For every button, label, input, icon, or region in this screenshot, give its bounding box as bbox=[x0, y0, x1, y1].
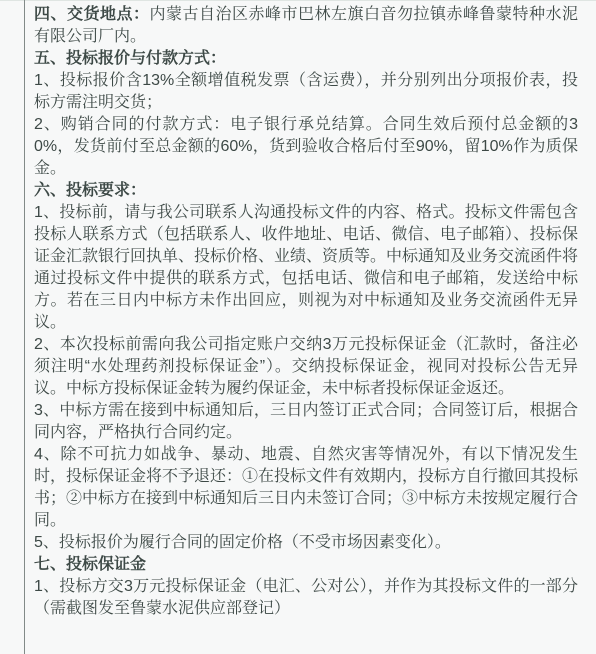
document-content: 四、交货地点：内蒙古自治区赤峰市巴林左旗白音勿拉镇赤峰鲁蒙特种水泥有限公司厂内。… bbox=[34, 4, 578, 620]
paragraph-text: 1、投标报价含13%全额增值税发票（含运费），并分别列出分项报价表，投标方需注明… bbox=[34, 72, 578, 111]
paragraph: 3、中标方需在接到中标通知后，三日内签订正式合同；合同签订后，根据合同内容，严格… bbox=[34, 400, 578, 444]
section-paragraph: 四、交货地点：内蒙古自治区赤峰市巴林左旗白音勿拉镇赤峰鲁蒙特种水泥有限公司厂内。 bbox=[34, 4, 578, 48]
section-heading: 七、投标保证金 bbox=[34, 556, 146, 573]
section-paragraph: 七、投标保证金 bbox=[34, 554, 578, 576]
paragraph-text: 2、本次投标前需向我公司指定账户交纳3万元投标保证金（汇款时，备注必须注明“水处… bbox=[34, 336, 578, 397]
paragraph-text: 2、购销合同的付款方式：电子银行承兑结算。合同生效后预付总金额的30%，发货前付… bbox=[34, 116, 578, 177]
section-heading: 五、投标报价与付款方式： bbox=[34, 50, 226, 67]
section-heading: 六、投标要求： bbox=[34, 182, 146, 199]
paragraph-text: 1、投标前，请与我公司联系人沟通投标文件的内容、格式。投标文件需包含投标人联系方… bbox=[34, 204, 578, 331]
top-divider-line bbox=[0, 0, 596, 1]
paragraph: 4、除不可抗力如战争、暴动、地震、自然灾害等情况外，有以下情况发生时，投标保证金… bbox=[34, 444, 578, 532]
section-paragraph: 五、投标报价与付款方式： bbox=[34, 48, 578, 70]
paragraph: 2、购销合同的付款方式：电子银行承兑结算。合同生效后预付总金额的30%，发货前付… bbox=[34, 114, 578, 180]
paragraph: 1、投标报价含13%全额增值税发票（含运费），并分别列出分项报价表，投标方需注明… bbox=[34, 70, 578, 114]
left-border-line bbox=[24, 0, 25, 654]
document-page: 四、交货地点：内蒙古自治区赤峰市巴林左旗白音勿拉镇赤峰鲁蒙特种水泥有限公司厂内。… bbox=[0, 0, 596, 654]
section-heading: 四、交货地点： bbox=[34, 6, 150, 23]
paragraph: 5、投标报价为履行合同的固定价格（不受市场因素变化）。 bbox=[34, 532, 578, 554]
paragraph-text: 4、除不可抗力如战争、暴动、地震、自然灾害等情况外，有以下情况发生时，投标保证金… bbox=[34, 446, 578, 529]
paragraph: 1、投标方交3万元投标保证金（电汇、公对公），并作为其投标文件的一部分（需截图发… bbox=[34, 576, 578, 620]
paragraph: 2、本次投标前需向我公司指定账户交纳3万元投标保证金（汇款时，备注必须注明“水处… bbox=[34, 334, 578, 400]
paragraph-text: 1、投标方交3万元投标保证金（电汇、公对公），并作为其投标文件的一部分（需截图发… bbox=[34, 578, 578, 617]
paragraph-text: 3、中标方需在接到中标通知后，三日内签订正式合同；合同签订后，根据合同内容，严格… bbox=[34, 402, 578, 441]
section-paragraph: 六、投标要求： bbox=[34, 180, 578, 202]
paragraph: 1、投标前，请与我公司联系人沟通投标文件的内容、格式。投标文件需包含投标人联系方… bbox=[34, 202, 578, 334]
paragraph-text: 5、投标报价为履行合同的固定价格（不受市场因素变化）。 bbox=[34, 534, 451, 551]
